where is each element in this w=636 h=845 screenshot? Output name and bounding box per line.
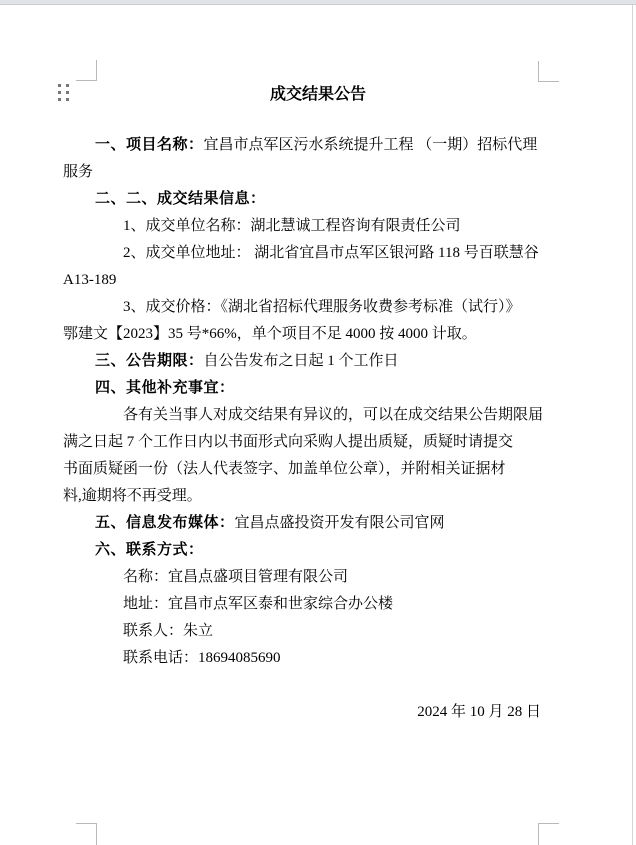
- doc-text-run: 2、成交单位地址： 湖北省宜昌市点军区银河路 118 号百联慧谷: [123, 245, 539, 261]
- doc-line: 各有关当事人对成交结果有异议的，可以在成交结果公告期限届: [63, 402, 541, 429]
- doc-text-run-bold: 三、公告期限：: [95, 353, 204, 369]
- doc-line: 联系人：朱立: [63, 618, 541, 645]
- doc-text-run: 服务: [63, 164, 93, 180]
- doc-line: 联系电话：18694085690: [63, 645, 541, 672]
- document-title: 成交结果公告: [0, 81, 636, 108]
- doc-line: 2、成交单位地址： 湖北省宜昌市点军区银河路 118 号百联慧谷: [63, 240, 541, 267]
- doc-line: 料,逾期将不再受理。: [63, 483, 541, 510]
- doc-line: 六、联系方式：: [63, 537, 541, 564]
- doc-text-run: 书面质疑函一份（法人代表签字、加盖单位公章），并附相关证据材: [63, 461, 506, 477]
- doc-line: 服务: [63, 159, 541, 186]
- doc-text-run: 地址：宜昌市点军区泰和世家综合办公楼: [123, 596, 393, 612]
- corner-mark-bottom-left-icon: [76, 823, 97, 845]
- document-page[interactable]: 成交结果公告 一、项目名称：宜昌市点军区污水系统提升工程 （一期）招标代理服务二…: [0, 0, 636, 845]
- doc-line: 一、项目名称：宜昌市点军区污水系统提升工程 （一期）招标代理: [63, 132, 541, 159]
- doc-text-run-bold: 四、其他补充事宜：: [95, 380, 235, 396]
- doc-text-run: 联系人：朱立: [123, 623, 213, 639]
- doc-text-run-bold: 六、联系方式：: [95, 542, 204, 558]
- corner-mark-top-right-icon: [538, 61, 559, 82]
- doc-line: 满之日起 7 个工作日内以书面形式向采购人提出质疑，质疑时请提交: [63, 429, 541, 456]
- doc-line: 地址：宜昌市点军区泰和世家综合办公楼: [63, 591, 541, 618]
- doc-text-run: 联系电话：18694085690: [123, 650, 281, 666]
- corner-mark-top-left-icon: [76, 60, 97, 81]
- doc-text-run: 宜昌点盛投资开发有限公司官网: [235, 515, 445, 531]
- doc-text-run: 名称：宜昌点盛项目管理有限公司: [123, 569, 348, 585]
- doc-line: 鄂建文【2023】35 号*66%，单个项目不足 4000 按 4000 计取。: [63, 321, 541, 348]
- document-body[interactable]: 一、项目名称：宜昌市点军区污水系统提升工程 （一期）招标代理服务二、二、成交结果…: [63, 132, 541, 726]
- doc-line: 四、其他补充事宜：: [63, 375, 541, 402]
- doc-line: 2024 年 10 月 28 日: [63, 699, 541, 726]
- page-edge-line: [632, 5, 633, 845]
- toolbar-edge: [0, 0, 636, 5]
- doc-text-run: A13-189: [63, 272, 116, 288]
- doc-line: 三、公告期限：自公告发布之日起 1 个工作日: [63, 348, 541, 375]
- doc-text-run-bold: 五、信息发布媒体：: [95, 515, 235, 531]
- doc-text-run: 鄂建文【2023】35 号*66%，单个项目不足 4000 按 4000 计取。: [63, 326, 477, 342]
- doc-text-run: 2024 年 10 月 28 日: [417, 704, 541, 720]
- corner-mark-bottom-right-icon: [538, 823, 559, 845]
- doc-line: 3、成交价格：《湖北省招标代理服务收费参考标准（试行）》: [63, 294, 541, 321]
- doc-text-run: 自公告发布之日起 1 个工作日: [204, 353, 399, 369]
- doc-line: 二、二、成交结果信息：: [63, 186, 541, 213]
- doc-line: 1、成交单位名称：湖北慧诚工程咨询有限责任公司: [63, 213, 541, 240]
- doc-text-run: 宜昌市点军区污水系统提升工程 （一期）招标代理: [204, 137, 538, 153]
- doc-text-run-bold: 二、二、成交结果信息：: [95, 191, 266, 207]
- doc-line: 五、信息发布媒体：宜昌点盛投资开发有限公司官网: [63, 510, 541, 537]
- doc-line: 书面质疑函一份（法人代表签字、加盖单位公章），并附相关证据材: [63, 456, 541, 483]
- doc-text-run: 各有关当事人对成交结果有异议的，可以在成交结果公告期限届: [123, 407, 543, 423]
- doc-text-run-bold: 一、项目名称：: [95, 137, 204, 153]
- doc-line: 名称：宜昌点盛项目管理有限公司: [63, 564, 541, 591]
- doc-text-run: 料,逾期将不再受理。: [63, 488, 202, 504]
- doc-text-run: 满之日起 7 个工作日内以书面形式向采购人提出质疑，质疑时请提交: [63, 434, 513, 450]
- doc-line: A13-189: [63, 267, 541, 294]
- doc-text-run: 3、成交价格：《湖北省招标代理服务收费参考标准（试行）》: [123, 299, 521, 315]
- doc-text-run: 1、成交单位名称：湖北慧诚工程咨询有限责任公司: [123, 218, 461, 234]
